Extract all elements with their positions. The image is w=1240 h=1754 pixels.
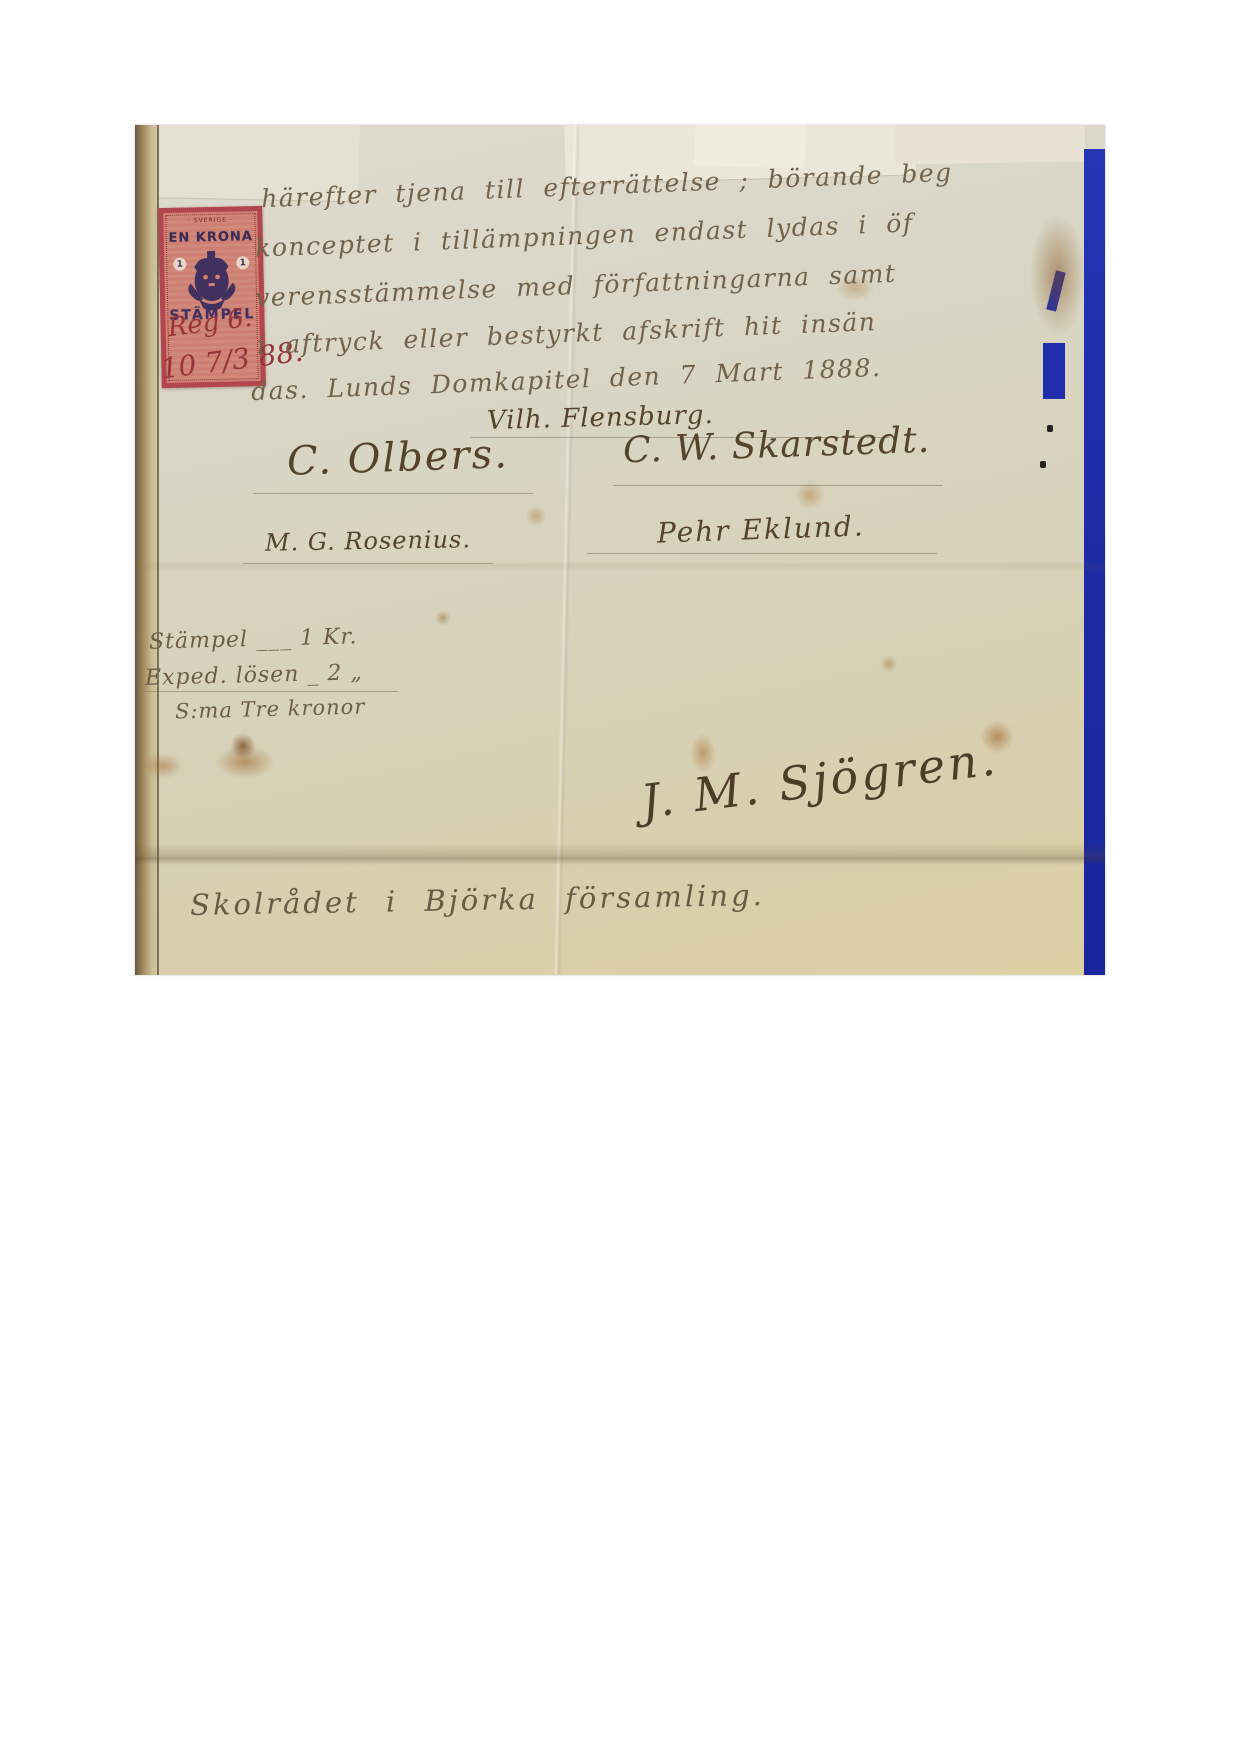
fee-note-expedition: Exped. lösen _ 2 „ <box>145 660 363 691</box>
stain <box>230 733 256 759</box>
stain <box>525 505 547 527</box>
signature-rule <box>243 563 493 564</box>
stamp-microtext: · SVERIGE · <box>188 217 233 225</box>
fee-note-sum: S:ma Tre kronor <box>175 695 366 724</box>
horizontal-fold-crease <box>135 843 1105 865</box>
revenue-stamp: · SVERIGE · EN KRONA 1 1 <box>158 206 266 388</box>
fee-note-stamp: Stämpel ___ 1 Kr. <box>149 624 358 654</box>
torn-hole <box>1043 343 1065 399</box>
stamp-denomination-numerals: 1 1 <box>167 256 255 271</box>
signature-rule <box>587 553 937 554</box>
body-line-2: konceptet i tillämpningen endast lydas i… <box>255 208 914 262</box>
torn-hole <box>1040 461 1046 468</box>
signature-olbers: C. Olbers. <box>286 431 509 485</box>
signature-eklund: Pehr Eklund. <box>656 509 865 549</box>
signature-rosenius: M. G. Rosenius. <box>265 525 471 557</box>
stain <box>880 655 898 673</box>
stamp-numeral-left: 1 <box>173 258 186 271</box>
stain <box>143 753 183 779</box>
stamp-denomination-label: EN KRONA <box>168 229 253 246</box>
scanned-page: · SVERIGE · EN KRONA 1 1 <box>0 0 1240 1754</box>
torn-hole <box>1047 425 1053 432</box>
document-photo: · SVERIGE · EN KRONA 1 1 <box>135 125 1105 975</box>
stain <box>435 610 451 626</box>
fee-rule <box>143 691 398 692</box>
paper-fragment <box>694 125 806 169</box>
signature-rule <box>253 493 533 494</box>
stamp-numeral-right: 1 <box>236 256 249 269</box>
stain <box>1030 215 1085 335</box>
footer-address-line: Skolrådet i Björka församling. <box>190 878 765 922</box>
signature-rule <box>613 485 943 486</box>
